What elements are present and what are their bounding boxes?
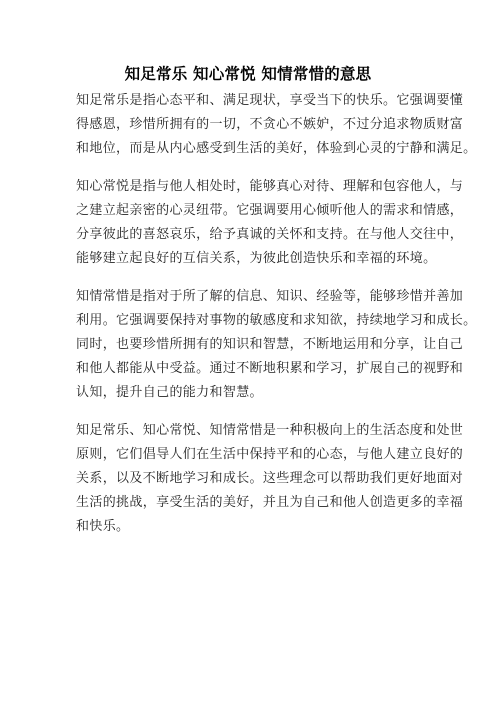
text-line: 关系，以及不断地学习和成长。这些理念可以帮助我们更好地面对 (76, 467, 426, 491)
text-line: 和他人都能从中受益。通过不断地积累和学习，扩展自己的视野和 (76, 357, 426, 381)
document-page: 知足常乐 知心常悦 知情常惜的意思 知足常乐是指心态平和、满足现状，享受当下的快… (0, 0, 496, 702)
text-line: 知足常乐是指心态平和、满足现状，享受当下的快乐。它强调要懂 (76, 89, 426, 113)
text-line: 知情常惜是指对于所了解的信息、知识、经验等，能够珍惜并善加 (76, 285, 426, 309)
text-line: 能够建立起良好的互信关系，为彼此创造快乐和幸福的环境。 (76, 247, 426, 271)
document-title: 知足常乐 知心常悦 知情常惜的意思 (0, 64, 496, 84)
text-line: 利用。它强调要保持对事物的敏感度和求知欲，持续地学习和成长。 (76, 309, 426, 333)
text-line: 生活的挑战，享受生活的美好，并且为自己和他人创造更多的幸福 (76, 491, 426, 515)
document-body: 知足常乐是指心态平和、满足现状，享受当下的快乐。它强调要懂 得感恩，珍惜所拥有的… (76, 89, 426, 553)
text-line: 得感恩，珍惜所拥有的一切，不贪心不嫉妒，不过分追求物质财富 (76, 113, 426, 137)
paragraph-zhixin-changyue: 知心常悦是指与他人相处时，能够真心对待、理解和包容他人，与 之建立起亲密的心灵纽… (76, 175, 426, 271)
text-line: 原则，它们倡导人们在生活中保持平和的心态，与他人建立良好的 (76, 443, 426, 467)
text-line: 分享彼此的喜怒哀乐，给予真诚的关怀和支持。在与他人交往中， (76, 223, 426, 247)
paragraph-zhiqing-changxi: 知情常惜是指对于所了解的信息、知识、经验等，能够珍惜并善加 利用。它强调要保持对… (76, 285, 426, 405)
text-line: 之建立起亲密的心灵纽带。它强调要用心倾听他人的需求和情感， (76, 199, 426, 223)
text-line: 和地位，而是从内心感受到生活的美好，体验到心灵的宁静和满足。 (76, 137, 426, 161)
text-line: 知足常乐、知心常悦、知情常惜是一种积极向上的生活态度和处世 (76, 419, 426, 443)
text-line: 认知，提升自己的能力和智慧。 (76, 381, 426, 405)
text-line: 和快乐。 (76, 515, 426, 539)
paragraph-zhizu-changle: 知足常乐是指心态平和、满足现状，享受当下的快乐。它强调要懂 得感恩，珍惜所拥有的… (76, 89, 426, 161)
text-line: 同时，也要珍惜所拥有的知识和智慧，不断地运用和分享，让自己 (76, 333, 426, 357)
text-line: 知心常悦是指与他人相处时，能够真心对待、理解和包容他人，与 (76, 175, 426, 199)
paragraph-summary: 知足常乐、知心常悦、知情常惜是一种积极向上的生活态度和处世 原则，它们倡导人们在… (76, 419, 426, 539)
